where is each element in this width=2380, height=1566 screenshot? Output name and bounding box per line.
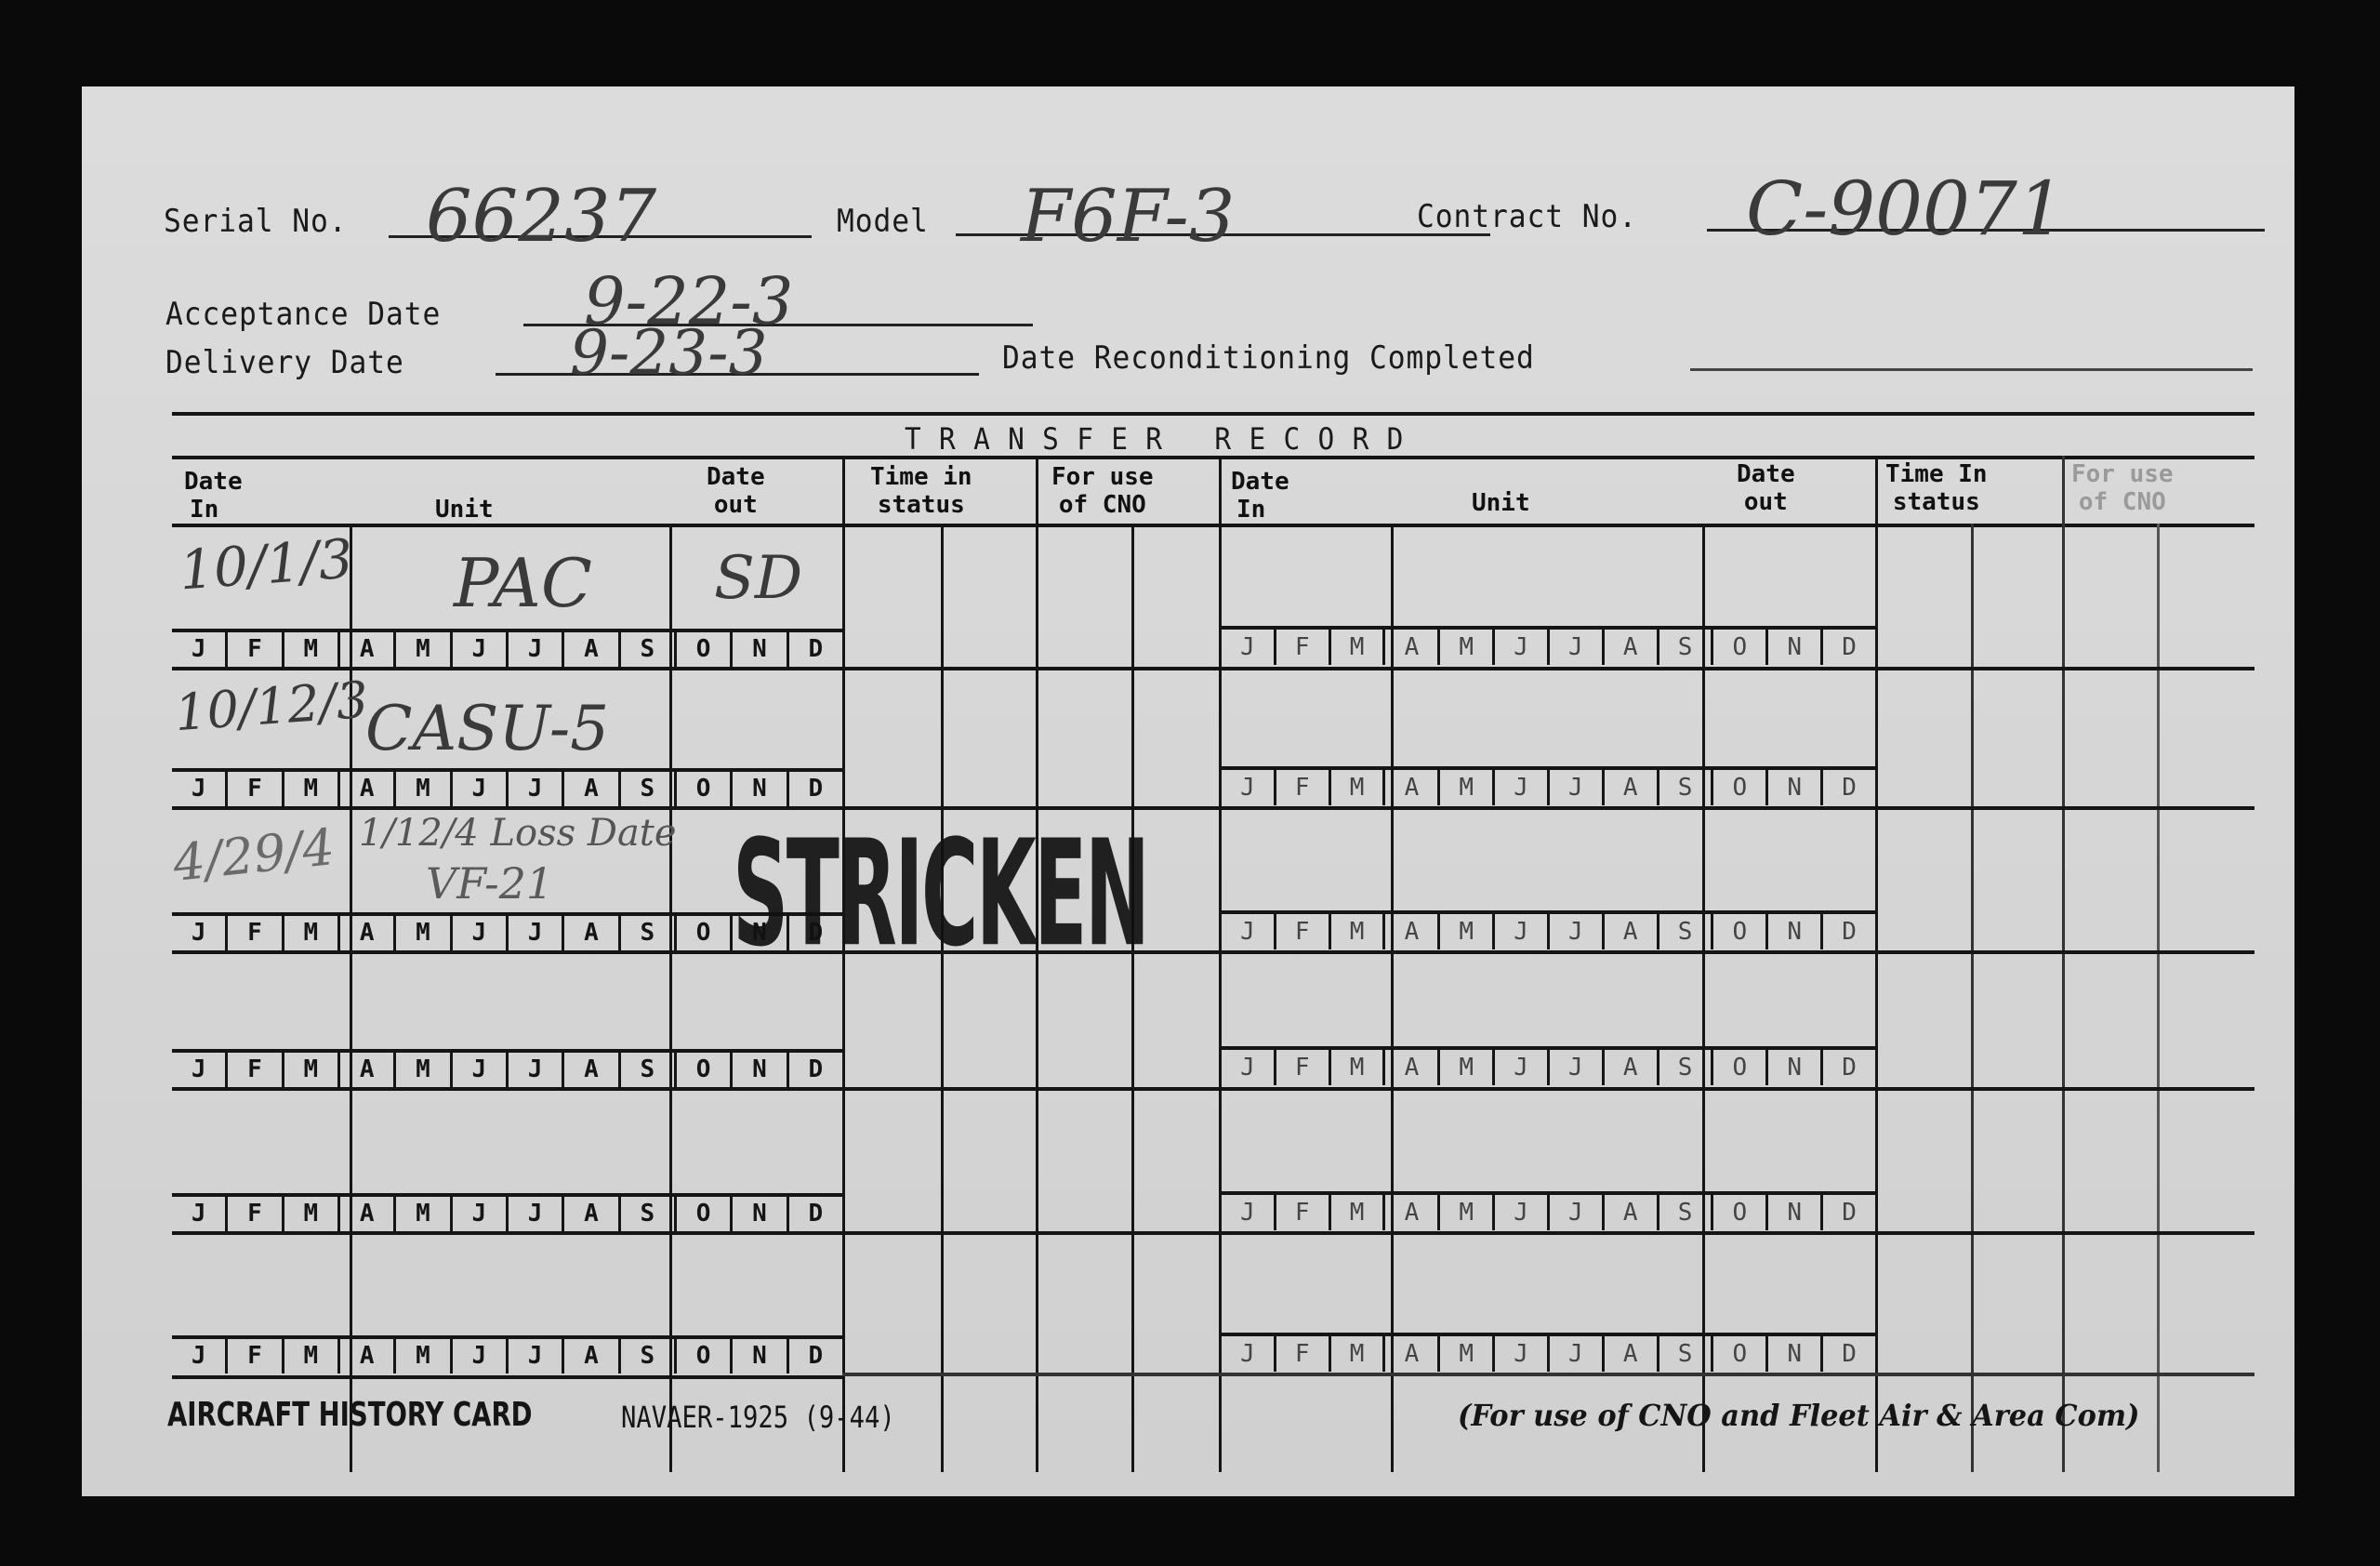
divider-right-unit-dateout	[1702, 524, 1705, 1472]
row6-months: JFMAMJJASOND	[172, 1338, 842, 1374]
contract-value: C-90071	[1746, 166, 2065, 252]
delivery-label: Delivery Date	[165, 344, 404, 381]
row1-unit: PAC	[454, 544, 592, 622]
hdr-right-date-in: DateIn	[1231, 468, 1289, 524]
divider-right-time-cno	[2062, 456, 2065, 1472]
row5-bottom-rule	[172, 1231, 2254, 1235]
hdr-right-date-out: Dateout	[1737, 460, 1795, 516]
header-bottom-rule	[172, 524, 2254, 527]
row3-date-in: 4/29/4	[170, 817, 337, 893]
serial-value: 66237	[426, 175, 656, 259]
hdr-unit: Unit	[435, 496, 494, 524]
footer-form-number: NAVAER-1925 (9-44)	[621, 1400, 895, 1435]
table-top-rule	[172, 456, 2254, 459]
serial-label: Serial No.	[164, 203, 348, 240]
row2-date-in: 10/12/3	[173, 670, 370, 742]
row4-right-months: JFMAMJJASOND	[1222, 1050, 1875, 1085]
row6-right-months: JFMAMJJASOND	[1222, 1336, 1875, 1372]
divider-cno-mid	[1131, 524, 1134, 1472]
divider-right-time-mid	[1971, 524, 1974, 1472]
hdr-cno: For useof CNO	[1051, 463, 1154, 519]
row4-bottom-rule	[172, 1087, 2254, 1091]
row5-right-months: JFMAMJJASOND	[1222, 1195, 1875, 1230]
row2-months: JFMAMJJASOND	[172, 771, 842, 806]
hdr-date-out: Dateout	[707, 463, 765, 519]
row3-unit-line1: 1/12/4 Loss Date	[359, 812, 677, 855]
top-rule	[172, 412, 2254, 416]
hdr-right-time-in-status: Time Instatus	[1885, 460, 1988, 516]
row5-months: JFMAMJJASOND	[172, 1196, 842, 1231]
stricken-stamp: STRICKEN	[733, 821, 1147, 968]
row1-date-out: SD	[714, 544, 802, 613]
row1-bottom-rule	[172, 667, 2254, 670]
row4-months: JFMAMJJASOND	[172, 1052, 842, 1087]
divider-right-datein-unit	[1391, 524, 1394, 1472]
divider-right-dateout-time	[1875, 456, 1878, 1472]
acceptance-label: Acceptance Date	[165, 296, 441, 333]
table-bottom-rule	[842, 1373, 2254, 1376]
row2-unit: CASU-5	[365, 693, 609, 764]
contract-label: Contract No.	[1417, 198, 1637, 235]
row6-bottom-rule	[172, 1375, 842, 1379]
hdr-right-cno: For useof CNO	[2071, 460, 2174, 516]
row2-bottom-rule	[172, 806, 2254, 810]
hdr-date-in: DateIn	[184, 468, 243, 524]
delivery-value: 9-23-3	[570, 317, 768, 389]
row3-unit-line2: VF-21	[426, 858, 553, 909]
divider-time-mid	[941, 524, 944, 1472]
row2-right-months: JFMAMJJASOND	[1222, 770, 1875, 805]
model-value: F6F-3	[1021, 175, 1235, 259]
divider-cno-right	[1219, 456, 1222, 1472]
hdr-time-in-status: Time instatus	[870, 463, 972, 519]
row1-right-months: JFMAMJJASOND	[1222, 630, 1875, 665]
reconditioning-underline	[1690, 368, 2253, 371]
footer-title: AIRCRAFT HISTORY CARD	[167, 1396, 533, 1434]
reconditioning-label: Date Reconditioning Completed	[1002, 339, 1535, 377]
row1-months: JFMAMJJASOND	[172, 631, 842, 667]
model-label: Model	[837, 203, 929, 240]
row3-right-months: JFMAMJJASOND	[1222, 914, 1875, 949]
hdr-right-unit: Unit	[1472, 489, 1530, 517]
aircraft-history-card: Serial No. 66237 Model F6F-3 Contract No…	[82, 86, 2294, 1496]
row1-date-in: 10/1/3	[178, 527, 355, 603]
footer-note: (For use of CNO and Fleet Air & Area Com…	[1458, 1398, 2139, 1433]
divider-right-cno-mid	[2157, 524, 2160, 1472]
row3-bottom-rule	[172, 950, 2254, 954]
transfer-record-title: TRANSFER RECORD	[905, 421, 1421, 457]
